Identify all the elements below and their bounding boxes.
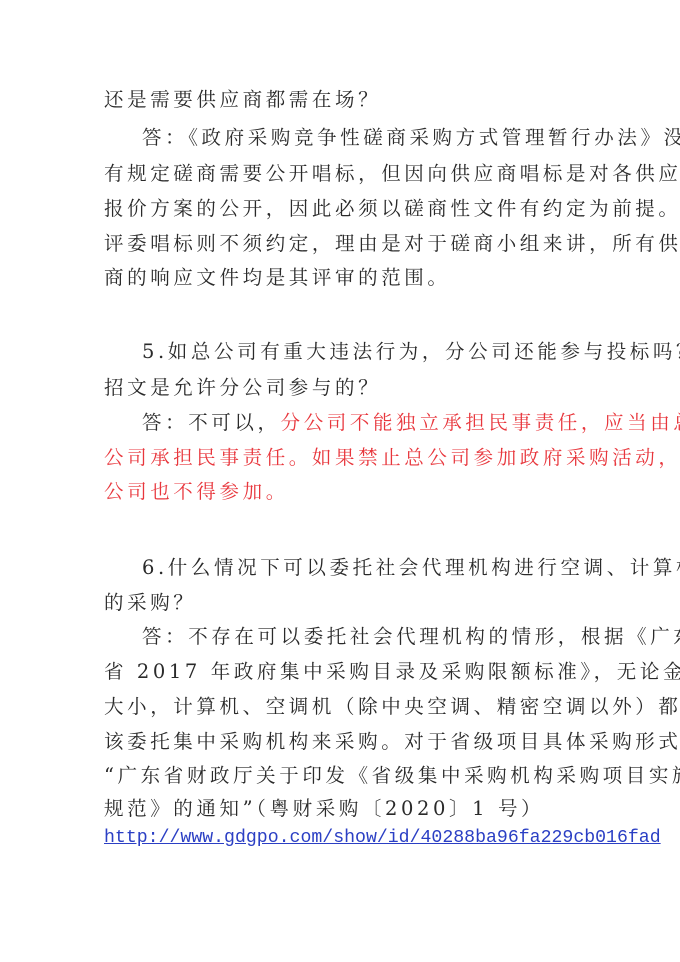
- q6-answer-line: 该委托集中采购机构来采购。对于省级项目具体采购形式见: [104, 730, 580, 754]
- q6-answer-line: 大小，计算机、空调机（除中央空调、精密空调以外）都应: [104, 695, 580, 719]
- q6-question: 6.什么情况下可以委托社会代理机构进行空调、计算机: [142, 556, 580, 580]
- q6-answer-line: 省 2017 年政府集中采购目录及采购限额标准》，无论金额: [104, 660, 580, 684]
- answer-line: 有规定磋商需要公开唱标，但因向供应商唱标是对各供应商: [104, 162, 580, 186]
- answer-line: 报价方案的公开，因此必须以磋商性文件有约定为前提。向: [104, 197, 580, 221]
- answer-line: 评委唱标则不须约定，理由是对于磋商小组来讲，所有供应: [104, 232, 580, 256]
- q6-answer-line: “广东省财政厅关于印发《省级集中采购机构采购项目实施: [104, 764, 580, 788]
- answer-line: 答：《政府采购竞争性磋商采购方式管理暂行办法》没: [142, 126, 580, 150]
- q5-question: 5.如总公司有重大违法行为，分公司还能参与投标吗？: [142, 340, 580, 364]
- q6-answer-line: 答：不存在可以委托社会代理机构的情形，根据《广东: [142, 625, 580, 649]
- q6-answer-line: 规范》的通知”（粤财采购〔2020〕1 号）: [104, 797, 580, 821]
- q5-answer-highlight: 公司也不得参加。: [104, 480, 580, 504]
- q5-question: 招文是允许分公司参与的？: [104, 376, 580, 400]
- q5-answer-highlight: 分公司不能独立承担民事责任，应当由总: [281, 411, 680, 434]
- document-page: 还是需要供应商都需在场？ 答：《政府采购竞争性磋商采购方式管理暂行办法》没 有规…: [0, 0, 680, 962]
- q5-answer-first-line: 答：不可以，分公司不能独立承担民事责任，应当由总: [142, 411, 580, 435]
- answer-line: 商的响应文件均是其评审的范围。: [104, 266, 580, 290]
- q6-question: 的采购？: [104, 591, 580, 615]
- gdgpo-link[interactable]: http://www.gdgpo.com/show/id/40288ba96fa…: [104, 826, 661, 850]
- q5-answer-highlight: 公司承担民事责任。如果禁止总公司参加政府采购活动，分: [104, 446, 580, 470]
- q5-answer-prefix: 答：不可以，: [142, 411, 281, 434]
- question-tail: 还是需要供应商都需在场？: [104, 88, 580, 112]
